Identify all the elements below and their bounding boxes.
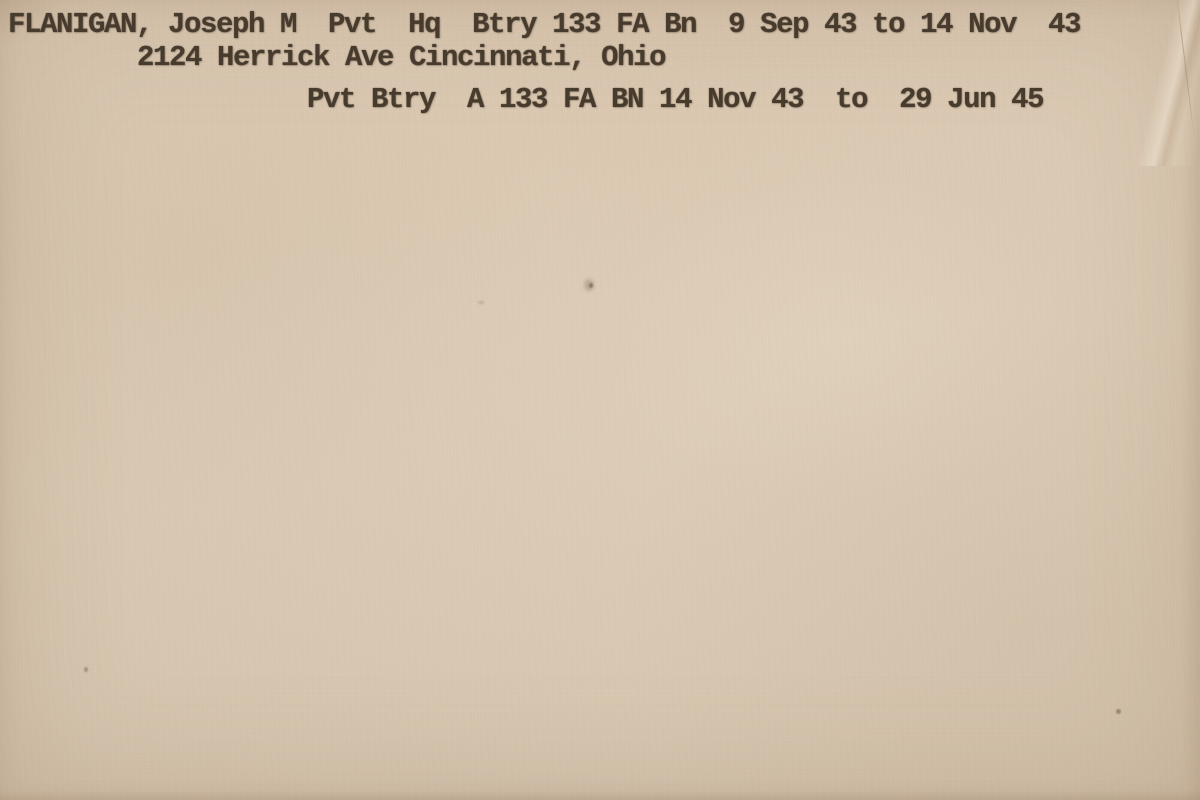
paper-speck — [1116, 709, 1121, 714]
typed-line-second-assignment: Pvt Btry A 133 FA BN 14 Nov 43 to 29 Jun… — [307, 85, 1043, 114]
paper-texture — [0, 0, 1200, 800]
top-right-crease — [1128, 0, 1200, 166]
paper-speck — [84, 667, 88, 672]
index-card: FLANIGAN, Joseph M Pvt Hq Btry 133 FA Bn… — [0, 0, 1200, 800]
typed-line-name-rank-unit-dates: FLANIGAN, Joseph M Pvt Hq Btry 133 FA Bn… — [8, 10, 1080, 39]
bottom-edge-shade — [0, 790, 1200, 800]
paper-smudge-core — [589, 283, 593, 288]
paper-speck — [478, 301, 484, 304]
typed-line-address: 2124 Herrick Ave Cincinnati, Ohio — [137, 43, 665, 72]
